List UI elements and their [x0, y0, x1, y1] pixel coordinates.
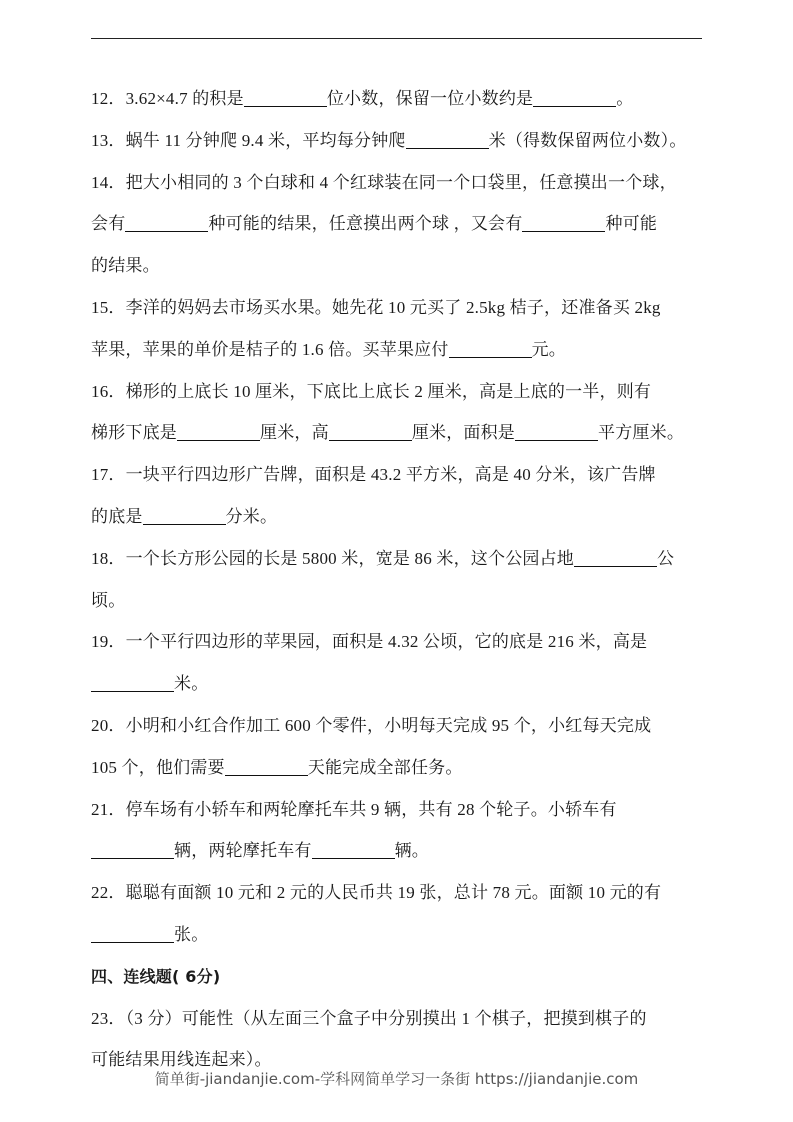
q19-blank-1[interactable] [91, 673, 174, 692]
q15-text: 15．李洋的妈妈去市场买水果。她先花 10 元买了 2.5kg 桔子，还准备买 … [91, 298, 661, 317]
question-17-line-2: 的底是分米。 [91, 502, 705, 544]
question-19-line-1: 19．一个平行四边形的苹果园，面积是 4.32 公顷，它的底是 216 米，高是 [91, 627, 705, 669]
q16-blank-3[interactable] [515, 422, 598, 441]
question-20-line-2: 105 个，他们需要天能完成全部任务。 [91, 753, 705, 795]
q18-text: 18．一个长方形公园的长是 5800 米，宽是 86 米，这个公园占地 [91, 549, 574, 568]
q22-text: 张。 [174, 925, 208, 944]
question-18-line-1: 18．一个长方形公园的长是 5800 米，宽是 86 米，这个公园占地公 [91, 544, 705, 586]
q16-blank-1[interactable] [177, 422, 260, 441]
q22-blank-1[interactable] [91, 924, 174, 943]
q21-text: 21．停车场有小轿车和两轮摩托车共 9 辆，共有 28 个轮子。小轿车有 [91, 800, 617, 819]
question-12: 12．3.62×4.7 的积是位小数，保留一位小数约是。 [91, 84, 705, 126]
question-15-line-2: 苹果，苹果的单价是桔子的 1.6 倍。买苹果应付元。 [91, 335, 705, 377]
q14-text: 种可能 [605, 214, 657, 233]
q17-text: 的底是 [91, 507, 143, 526]
q13-text: 米（得数保留两位小数）。 [489, 131, 687, 150]
question-18-line-2: 顷。 [91, 586, 705, 628]
question-22-line-2: 张。 [91, 920, 705, 962]
q22-text: 22．聪聪有面额 10 元和 2 元的人民币共 19 张，总计 78 元。面额 … [91, 883, 661, 902]
q12-blank-2[interactable] [533, 88, 616, 107]
question-14-line-1: 14．把大小相同的 3 个白球和 4 个红球装在同一个口袋里，任意摸出一个球， [91, 168, 705, 210]
q20-text: 105 个，他们需要 [91, 758, 225, 777]
q12-text: 位小数，保留一位小数约是 [327, 89, 533, 108]
q16-text: 梯形下底是 [91, 423, 177, 442]
q13-text: 13．蜗牛 11 分钟爬 9.4 米，平均每分钟爬 [91, 131, 406, 150]
q19-text: 米。 [174, 674, 208, 693]
q15-text: 元。 [532, 340, 566, 359]
q17-blank-1[interactable] [143, 506, 226, 525]
q12-blank-1[interactable] [244, 88, 327, 107]
q16-text: 平方厘米。 [598, 423, 684, 442]
q12-text: 12．3.62×4.7 的积是 [91, 89, 244, 108]
question-15-line-1: 15．李洋的妈妈去市场买水果。她先花 10 元买了 2.5kg 桔子，还准备买 … [91, 293, 705, 335]
question-14-line-3: 的结果。 [91, 251, 705, 293]
section-title: 四、连线题( 6分) [91, 967, 220, 986]
question-13: 13．蜗牛 11 分钟爬 9.4 米，平均每分钟爬米（得数保留两位小数）。 [91, 126, 705, 168]
question-14-line-2: 会有种可能的结果，任意摸出两个球 ，又会有种可能 [91, 209, 705, 251]
header-rule [91, 38, 702, 39]
question-17-line-1: 17．一块平行四边形广告牌，面积是 43.2 平方米，高是 40 分米，该广告牌 [91, 460, 705, 502]
worksheet-content: 12．3.62×4.7 的积是位小数，保留一位小数约是。 13．蜗牛 11 分钟… [91, 84, 705, 1087]
question-23-line-1: 23．（3 分）可能性（从左面三个盒子中分别摸出 1 个棋子，把摸到棋子的 [91, 1004, 705, 1046]
q20-blank-1[interactable] [225, 757, 308, 776]
q21-text: 辆，两轮摩托车有 [174, 841, 312, 860]
q20-text: 天能完成全部任务。 [308, 758, 463, 777]
question-20-line-1: 20．小明和小红合作加工 600 个零件，小明每天完成 95 个，小红每天完成 [91, 711, 705, 753]
q18-blank-1[interactable] [574, 548, 657, 567]
q16-text: 16．梯形的上底长 10 厘米，下底比上底长 2 厘米，高是上底的一半，则有 [91, 382, 651, 401]
q14-text: 14．把大小相同的 3 个白球和 4 个红球装在同一个口袋里，任意摸出一个球， [91, 173, 677, 192]
q21-blank-1[interactable] [91, 840, 174, 859]
question-21-line-2: 辆，两轮摩托车有辆。 [91, 836, 705, 878]
q19-text: 19．一个平行四边形的苹果园，面积是 4.32 公顷，它的底是 216 米，高是 [91, 632, 647, 651]
q16-blank-2[interactable] [329, 422, 412, 441]
q18-text: 公 [657, 549, 674, 568]
section-4-heading: 四、连线题( 6分) [91, 962, 705, 1004]
q14-text: 种可能的结果，任意摸出两个球 ，又会有 [208, 214, 522, 233]
question-16-line-1: 16．梯形的上底长 10 厘米，下底比上底长 2 厘米，高是上底的一半，则有 [91, 377, 705, 419]
question-21-line-1: 21．停车场有小轿车和两轮摩托车共 9 辆，共有 28 个轮子。小轿车有 [91, 795, 705, 837]
question-19-line-2: 米。 [91, 669, 705, 711]
q18-text: 顷。 [91, 591, 125, 610]
q15-text: 苹果，苹果的单价是桔子的 1.6 倍。买苹果应付 [91, 340, 449, 359]
q17-text: 分米。 [226, 507, 278, 526]
q14-text: 会有 [91, 214, 125, 233]
q17-text: 17．一块平行四边形广告牌，面积是 43.2 平方米，高是 40 分米，该广告牌 [91, 465, 656, 484]
q16-text: 厘米，面积是 [412, 423, 515, 442]
q14-blank-2[interactable] [522, 213, 605, 232]
q21-blank-2[interactable] [312, 840, 395, 859]
footer-watermark: 简单街-jiandanjie.com-学科网简单学习一条街 https://ji… [0, 1068, 793, 1089]
q23-text: 23．（3 分）可能性（从左面三个盒子中分别摸出 1 个棋子，把摸到棋子的 [91, 1009, 647, 1028]
q14-blank-1[interactable] [125, 213, 208, 232]
q20-text: 20．小明和小红合作加工 600 个零件，小明每天完成 95 个，小红每天完成 [91, 716, 651, 735]
question-16-line-2: 梯形下底是厘米，高厘米，面积是平方厘米。 [91, 418, 705, 460]
q14-text: 的结果。 [91, 256, 160, 275]
q15-blank-1[interactable] [449, 339, 532, 358]
question-22-line-1: 22．聪聪有面额 10 元和 2 元的人民币共 19 张，总计 78 元。面额 … [91, 878, 705, 920]
q21-text: 辆。 [395, 841, 429, 860]
q13-blank-1[interactable] [406, 130, 489, 149]
q12-text: 。 [616, 89, 633, 108]
q16-text: 厘米，高 [260, 423, 329, 442]
q23-text: 可能结果用线连起来）。 [91, 1050, 272, 1069]
